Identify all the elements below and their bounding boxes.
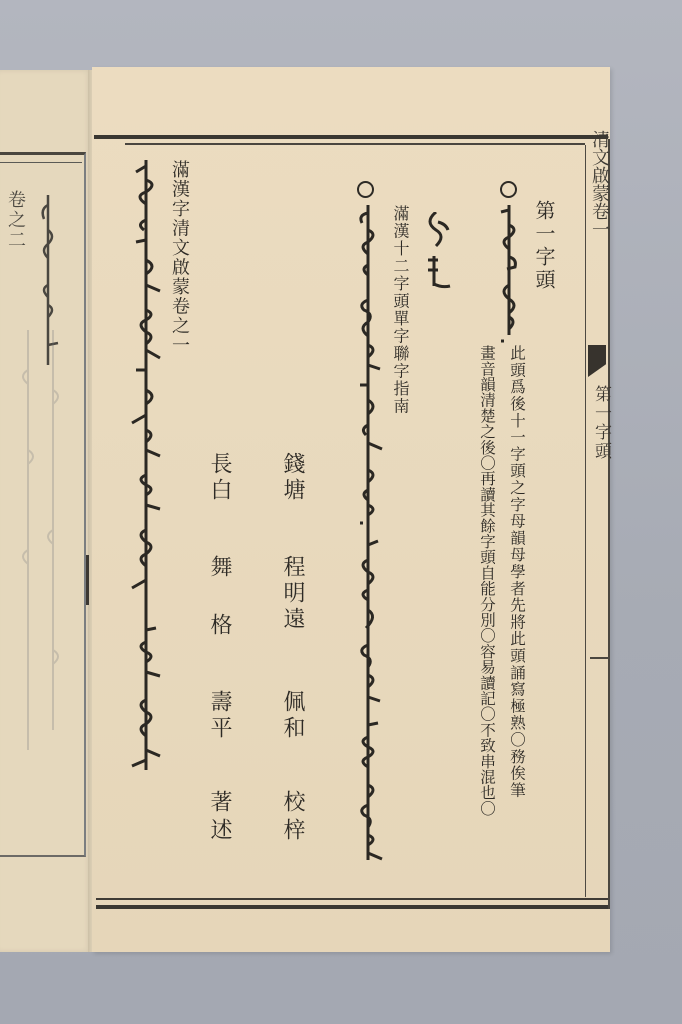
manchu-title-script [120, 160, 170, 800]
author-b-place: 長白 [204, 452, 235, 504]
frame-bottom-inner-rule [96, 898, 608, 900]
frame-top-rule [94, 135, 608, 139]
left-page-rule [0, 162, 82, 163]
left-manchu-script [36, 195, 60, 325]
bleed-through-text [8, 330, 68, 750]
frame-edge-rule [585, 145, 586, 897]
frame-right-rule [608, 139, 610, 909]
note-column-2: 畫音韻清楚之後〇再讀其餘字頭自能分別〇容易讀記〇不致串混也〇 [478, 345, 496, 890]
manchu-subtitle-script [350, 205, 394, 875]
circle-marker-subtitle [357, 181, 374, 198]
frame-top-inner-rule [125, 143, 585, 145]
left-volume-label: 卷之二 [2, 190, 28, 250]
author-b-role: 著述 [204, 790, 235, 846]
author-b-name: 舞格 [204, 555, 235, 671]
frame-bottom-rule [96, 905, 610, 909]
circle-marker-heading [500, 181, 517, 198]
author-a-role: 校梓 [277, 790, 308, 846]
edge-chapter-label: 第一字頭 [589, 385, 614, 461]
author-a-name: 程明遠 [277, 555, 308, 633]
manchu-short-word [420, 212, 460, 292]
spine-mark [86, 555, 89, 605]
note-column-1: 此頭爲後十一字頭之字母韻母學者先將此頭誦寫極熟〇務俟筆 [508, 345, 526, 890]
author-a-place: 錢塘 [277, 452, 308, 504]
section-heading: 第一字頭 [530, 200, 559, 292]
edge-tick [590, 657, 608, 659]
author-a-style: 佩和 [277, 690, 308, 742]
author-b-style: 壽平 [204, 690, 235, 742]
manchu-heading-script [495, 205, 521, 345]
